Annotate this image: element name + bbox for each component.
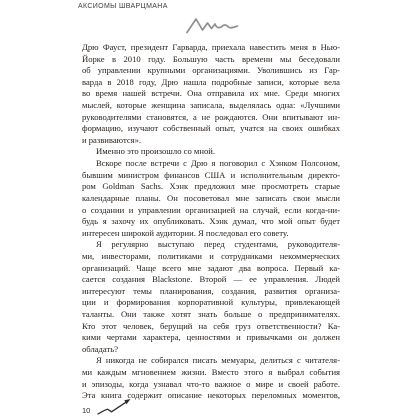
body-text-line: ции и формирования корпоративной культур…: [82, 297, 340, 309]
chart-squiggle-icon: [186, 17, 239, 34]
body-text-line: об управлении крупными организациями. Ув…: [82, 65, 340, 77]
body-text-line: обладать?: [82, 344, 340, 356]
body-text-line: интересен широкой аудитории. Я последова…: [82, 228, 340, 240]
body-text-line: Вскоре после встречи с Дрю я поговорил с…: [82, 158, 340, 170]
running-header: АКСИОМЫ ШВАРЦМАНА: [78, 3, 168, 10]
body-text-line: календарные планы. Он посоветовал мне за…: [82, 193, 340, 205]
book-page: АКСИОМЫ ШВАРЦМАНА Дрю Фауст, президент Г…: [0, 0, 420, 420]
body-text-line: Йорке в 2010 году. Большую часть времени…: [82, 54, 340, 66]
body-text-line: бывшим министром финансов США и исполнит…: [82, 170, 340, 182]
body-text-line: ром Goldman Sachs. Хэнк предложил мне пр…: [82, 181, 340, 193]
body-text: Дрю Фауст, президент Гарварда, приехала …: [82, 42, 340, 402]
body-text-line: Я никогда не собирался писать мемуары, д…: [82, 355, 340, 367]
body-text-line: ми каждым мгновением жизни. Вместо этого…: [82, 367, 340, 379]
body-text-line: варда в 2018 году, Дрю нашла подробные з…: [82, 77, 340, 89]
body-text-line: будь я захочу их опубликовать. Хэнк дума…: [82, 216, 340, 228]
body-text-line: формацию, изучают собственный опыт, учат…: [82, 123, 340, 135]
body-text-line: организаций. Чаще всего мне задают два в…: [82, 263, 340, 275]
body-text-line: Кто этот человек, берущий на себя груз о…: [82, 321, 340, 333]
body-text-line: о создании и управлении организацией на …: [82, 205, 340, 217]
body-text-line: ми, инвесторами, политиками и сотрудника…: [82, 251, 340, 263]
body-text-line: сается создания Blackstone. Второй — ее …: [82, 274, 340, 286]
rising-trend-arrow-icon: [96, 396, 136, 418]
body-text-line: таланты. Они также хотят знать больше о …: [82, 309, 340, 321]
page-number: 10: [82, 406, 90, 415]
body-text-line: кими чертами характера, ценностями и при…: [82, 332, 340, 344]
body-text-line: Я регулярно выступаю перед студентами, р…: [82, 239, 340, 251]
body-text-line: во время нашей встречи. Она отправила их…: [82, 88, 340, 100]
body-text-line: Дрю Фауст, президент Гарварда, приехала …: [82, 42, 340, 54]
body-text-line: руководителями становятся, а не рождаютс…: [82, 112, 340, 124]
body-text-line: мыслей, которые женщина записала, выделя…: [82, 100, 340, 112]
body-text-line: и развиваются».: [82, 135, 340, 147]
body-text-line: интересуют темы планирования, создания, …: [82, 286, 340, 298]
body-text-line: и эпизоды, когда узнавал что-то важное о…: [82, 379, 340, 391]
page-footer: 10: [82, 404, 282, 420]
body-text-line: Именно это произошло со мной.: [82, 146, 340, 158]
